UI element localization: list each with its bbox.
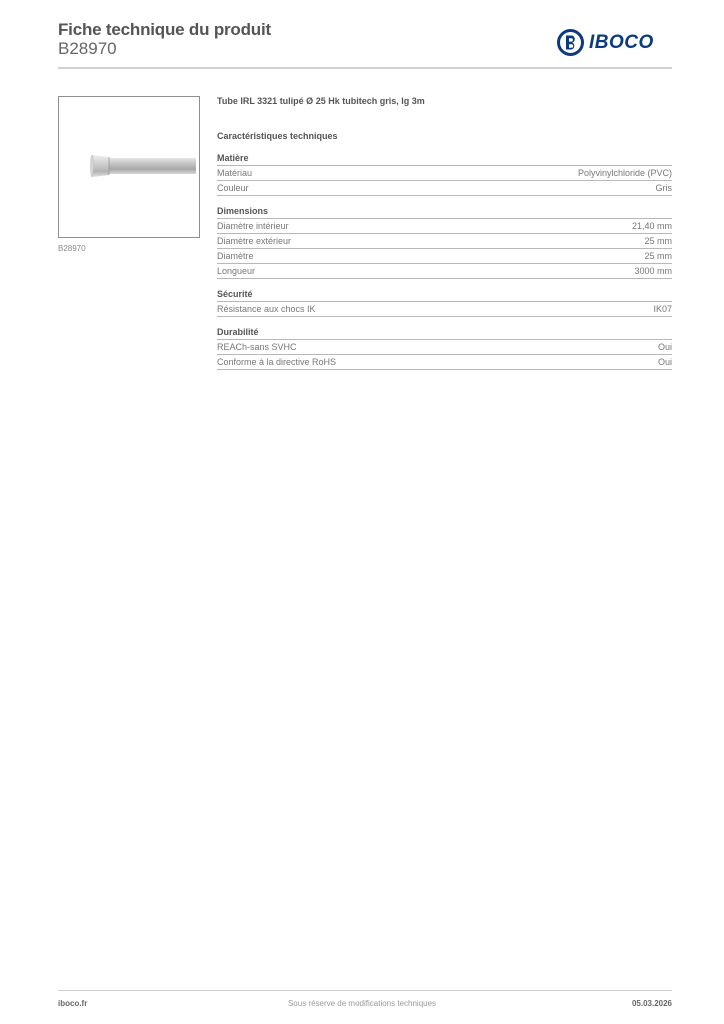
group-title: Matière xyxy=(217,151,672,166)
image-caption: B28970 xyxy=(58,244,86,253)
spec-row: Longueur3000 mm xyxy=(217,264,672,279)
footer-divider xyxy=(58,990,672,991)
spec-label: Longueur xyxy=(217,264,255,278)
spec-value: 3000 mm xyxy=(634,264,672,278)
spec-value: Gris xyxy=(656,181,673,195)
spec-label: REACh-sans SVHC xyxy=(217,340,297,354)
spec-label: Matériau xyxy=(217,166,252,180)
spec-value: 25 mm xyxy=(644,234,672,248)
page-title: Fiche technique du produit xyxy=(58,20,271,40)
section-heading: Caractéristiques techniques xyxy=(217,129,672,143)
spec-row: MatériauPolyvinylchloride (PVC) xyxy=(217,166,672,181)
iboco-b-circle-icon xyxy=(557,29,584,56)
footer-disclaimer: Sous réserve de modifications techniques xyxy=(0,999,724,1008)
spec-label: Diamètre xyxy=(217,249,254,263)
product-reference: B28970 xyxy=(58,39,117,59)
spec-row: CouleurGris xyxy=(217,181,672,196)
group-title: Dimensions xyxy=(217,204,672,219)
spec-label: Diamètre extérieur xyxy=(217,234,291,248)
header-divider xyxy=(58,67,672,69)
spec-value: Oui xyxy=(658,340,672,354)
product-name: Tube IRL 3321 tulipé Ø 25 Hk tubitech gr… xyxy=(217,94,672,108)
spec-group-durabilite: Durabilité REACh-sans SVHCOui Conforme à… xyxy=(217,325,672,370)
footer-date: 05.03.2026 xyxy=(632,999,672,1008)
spec-value: 21,40 mm xyxy=(632,219,672,233)
spec-group-matiere: Matière MatériauPolyvinylchloride (PVC) … xyxy=(217,151,672,196)
spec-label: Diamètre intérieur xyxy=(217,219,289,233)
spec-value: 25 mm xyxy=(644,249,672,263)
spec-value: Polyvinylchloride (PVC) xyxy=(578,166,672,180)
logo-text: IBOCO xyxy=(589,32,654,54)
group-title: Durabilité xyxy=(217,325,672,340)
spec-row: REACh-sans SVHCOui xyxy=(217,340,672,355)
spec-row: Conforme à la directive RoHSOui xyxy=(217,355,672,370)
spec-row: Diamètre intérieur21,40 mm xyxy=(217,219,672,234)
spec-group-securite: Sécurité Résistance aux chocs IKIK07 xyxy=(217,287,672,317)
spec-label: Résistance aux chocs IK xyxy=(217,302,316,316)
spec-row: Résistance aux chocs IKIK07 xyxy=(217,302,672,317)
spec-label: Conforme à la directive RoHS xyxy=(217,355,336,369)
spec-row: Diamètre25 mm xyxy=(217,249,672,264)
spec-group-dimensions: Dimensions Diamètre intérieur21,40 mm Di… xyxy=(217,204,672,279)
brand-logo: IBOCO xyxy=(557,29,654,56)
group-title: Sécurité xyxy=(217,287,672,302)
spec-label: Couleur xyxy=(217,181,249,195)
product-image xyxy=(58,96,200,238)
spec-row: Diamètre extérieur25 mm xyxy=(217,234,672,249)
tube-image xyxy=(59,97,199,237)
spec-value: Oui xyxy=(658,355,672,369)
spec-content: Tube IRL 3321 tulipé Ø 25 Hk tubitech gr… xyxy=(217,94,672,370)
spec-value: IK07 xyxy=(653,302,672,316)
